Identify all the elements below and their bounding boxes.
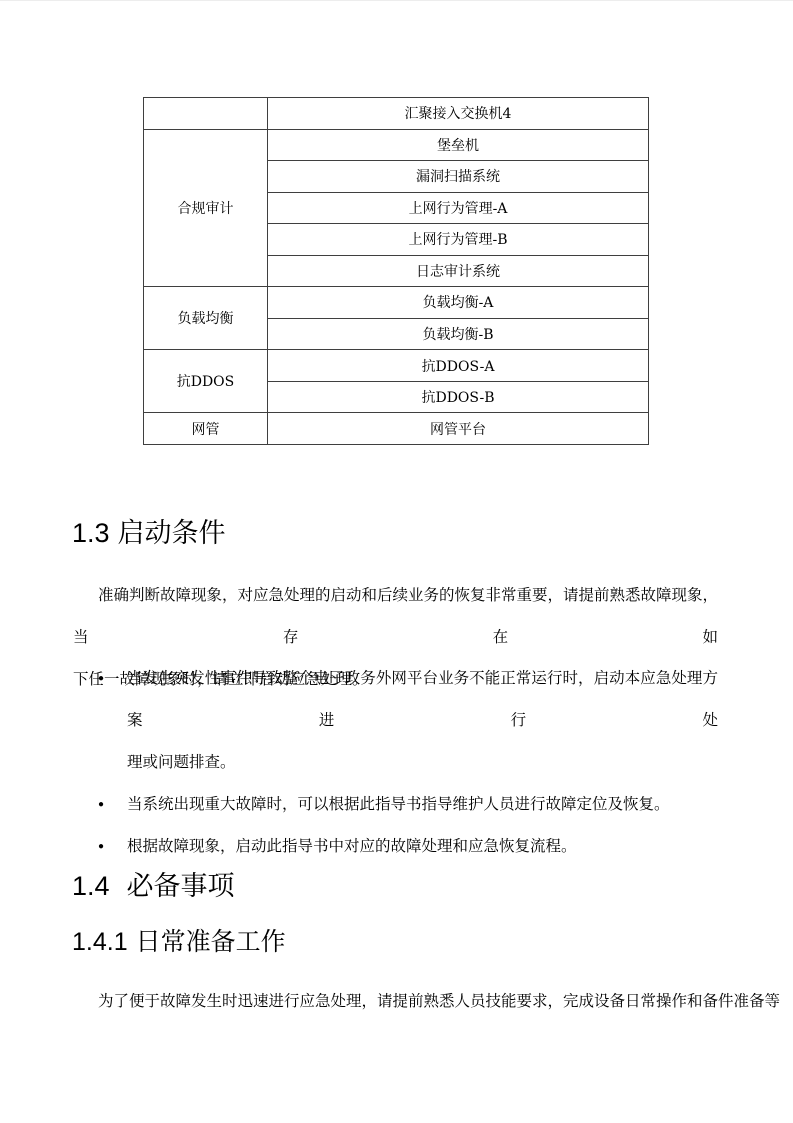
list-item: ● 根据故障现象，启动此指导书中对应的故障处理和应急恢复流程。	[73, 826, 718, 868]
section-title: 必备事项	[127, 871, 235, 901]
section-heading-1-3: 1.3启动条件	[72, 515, 226, 551]
list-item: ● 当系统出现重大故障时，可以根据此指导书指导维护人员进行故障定位及恢复。	[73, 784, 718, 826]
device-cell: 汇聚接入交换机4	[268, 98, 649, 130]
section-heading-1-4-1: 1.4.1日常准备工作	[72, 925, 286, 959]
table-row: 抗DDOS 抗DDOS-A	[144, 350, 649, 382]
section-title: 日常准备工作	[136, 928, 286, 956]
section-title: 启动条件	[118, 518, 226, 548]
table-row: 负载均衡 负载均衡-A	[144, 287, 649, 319]
table-row: 汇聚接入交换机4	[144, 98, 649, 130]
group-label-cell-antiddos: 抗DDOS	[144, 350, 268, 413]
list-item-line: 当发生突发性事件导致整个电子政务外网平台业务不能正常运行时，启动本应急处理方案进…	[127, 658, 718, 742]
device-table: 汇聚接入交换机4 合规审计 堡垒机 漏洞扫描系统 上网行为管理-A 上网行为管理…	[143, 97, 649, 445]
device-cell: 负载均衡-B	[268, 318, 649, 350]
section-number: 1.3	[72, 518, 110, 548]
condition-bullet-list: ● 当发生突发性事件导致整个电子政务外网平台业务不能正常运行时，启动本应急处理方…	[73, 658, 718, 868]
list-item-line: 当系统出现重大故障时，可以根据此指导书指导维护人员进行故障定位及恢复。	[127, 784, 718, 826]
paragraph-line: 为了便于故障发生时迅速进行应急处理，请提前熟悉人员技能要求，完成设备日常操作和备…	[73, 981, 718, 1023]
group-label-cell-loadbalance: 负载均衡	[144, 287, 268, 350]
section-number: 1.4	[72, 871, 110, 901]
device-cell: 网管平台	[268, 413, 649, 445]
list-item-line: 根据故障现象，启动此指导书中对应的故障处理和应急恢复流程。	[127, 826, 718, 868]
device-cell: 日志审计系统	[268, 255, 649, 287]
group-label-cell-netmgmt: 网管	[144, 413, 268, 445]
bullet-icon: ●	[98, 658, 104, 700]
device-cell: 堡垒机	[268, 129, 649, 161]
device-cell: 上网行为管理-A	[268, 192, 649, 224]
bullet-icon: ●	[98, 826, 104, 868]
list-item: ● 当发生突发性事件导致整个电子政务外网平台业务不能正常运行时，启动本应急处理方…	[73, 658, 718, 784]
document-page: 汇聚接入交换机4 合规审计 堡垒机 漏洞扫描系统 上网行为管理-A 上网行为管理…	[0, 0, 793, 1123]
device-cell: 漏洞扫描系统	[268, 161, 649, 193]
section-number: 1.4.1	[72, 928, 128, 956]
device-cell: 抗DDOS-A	[268, 350, 649, 382]
group-label-cell-empty	[144, 98, 268, 130]
bullet-icon: ●	[98, 784, 104, 826]
section-heading-1-4: 1.4必备事项	[72, 868, 235, 904]
list-item-line: 理或问题排查。	[127, 742, 718, 784]
device-cell: 负载均衡-A	[268, 287, 649, 319]
table-row: 网管 网管平台	[144, 413, 649, 445]
paragraph-daily-preparation: 为了便于故障发生时迅速进行应急处理，请提前熟悉人员技能要求，完成设备日常操作和备…	[73, 981, 718, 1023]
table-row: 合规审计 堡垒机	[144, 129, 649, 161]
paragraph-line: 准确判断故障现象，对应急处理的启动和后续业务的恢复非常重要，请提前熟悉故障现象，…	[73, 575, 718, 659]
device-cell: 抗DDOS-B	[268, 381, 649, 413]
device-cell: 上网行为管理-B	[268, 224, 649, 256]
group-label-cell-compliance: 合规审计	[144, 129, 268, 287]
